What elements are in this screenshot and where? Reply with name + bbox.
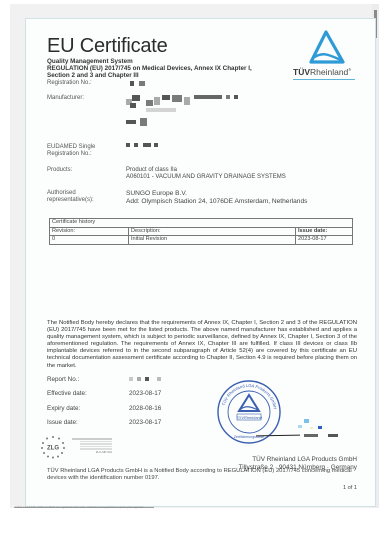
eu-stars-icon: ZLG bbox=[38, 435, 68, 459]
products-value: Product of class IIa A060101 - VACUUM AN… bbox=[126, 167, 286, 181]
declaration-text: The Notified Body hereby declares that t… bbox=[47, 320, 357, 370]
issue-date-value: 2023-08-17 bbox=[129, 419, 161, 426]
official-stamp: TÜVRheinland TÜV Rheinland LGA Products … bbox=[216, 379, 282, 445]
issuer-name: TÜV Rheinland LGA Products GmbH bbox=[239, 456, 357, 464]
col-description: Description: bbox=[129, 227, 296, 236]
eudamed-label: EUDAMED Single Registration No.: bbox=[47, 144, 95, 158]
subtitle-line-3: Section 2 and 3 and Chapter III bbox=[47, 72, 287, 79]
history-caption: Certificate history bbox=[50, 219, 353, 228]
registration-label: Registration No.: bbox=[47, 80, 92, 87]
cell-description: Initial Revision bbox=[129, 236, 296, 245]
certificate-history-table: Certificate history Revision: Descriptio… bbox=[49, 218, 353, 245]
report-value-redacted bbox=[129, 377, 179, 382]
document-subtitle: Quality Management System REGULATION (EU… bbox=[47, 58, 287, 80]
product-code: A060101 - VACUUM AND GRAVITY DRAINAGE SY… bbox=[126, 174, 286, 181]
tuv-triangle-icon bbox=[289, 29, 359, 67]
svg-text:TÜVRheinland: TÜVRheinland bbox=[236, 415, 263, 420]
subtitle-line-1: Quality Management System bbox=[47, 58, 287, 65]
page-indicator: 1 of 1 bbox=[343, 485, 357, 491]
brand-wordmark: TÜVRheinland® bbox=[293, 67, 351, 77]
effective-date-label: Effective date: bbox=[47, 390, 87, 397]
eudamed-value-redacted bbox=[126, 143, 176, 149]
issue-date-label: Issue date: bbox=[47, 419, 78, 426]
report-label: Report No.: bbox=[47, 376, 79, 383]
subtitle-line-2: REGULATION (EU) 2017/745 on Medical Devi… bbox=[47, 65, 287, 72]
svg-text:ZLG: ZLG bbox=[47, 446, 59, 452]
history-header-row: Revision: Description: Issue date: bbox=[50, 227, 353, 236]
authorised-rep-name: SUNGO Europe B.V. bbox=[126, 190, 307, 198]
zlg-accreditation-logo: ZLG ZLG-MP-001 bbox=[38, 435, 128, 459]
expiry-date-value: 2028-08-16 bbox=[129, 405, 161, 412]
brand-underline bbox=[293, 79, 355, 80]
authorised-rep-value: SUNGO Europe B.V. Add: Olympisch Stadion… bbox=[126, 190, 307, 205]
notified-body-note: TÜV Rheinland LGA Products GmbH is a Not… bbox=[47, 468, 357, 482]
document-viewer: EU Certificate Quality Management System… bbox=[10, 4, 379, 508]
manufacturer-value-redacted bbox=[126, 95, 286, 130]
table-row: 0 Initial Revision 2023-08-17 bbox=[50, 236, 353, 245]
products-label: Products: bbox=[47, 167, 72, 174]
certificate-page: EU Certificate Quality Management System… bbox=[25, 18, 376, 507]
registration-value-redacted bbox=[126, 81, 166, 87]
col-issue-date: Issue date: bbox=[296, 227, 353, 236]
authorised-rep-address: Add: Olympisch Stadion 24, 1076DE Amster… bbox=[126, 198, 307, 206]
cell-issue-date: 2023-08-17 bbox=[296, 236, 353, 245]
product-class: Product of class IIa bbox=[126, 167, 286, 174]
expiry-date-label: Expiry date: bbox=[47, 405, 80, 412]
tuv-rheinland-logo: TÜVRheinland® bbox=[289, 29, 359, 81]
col-revision: Revision: bbox=[50, 227, 129, 236]
zlg-description: ZLG-MP-001 bbox=[72, 437, 112, 454]
effective-date-value: 2023-08-17 bbox=[129, 390, 161, 397]
signature-redacted bbox=[298, 417, 348, 439]
document-title: EU Certificate bbox=[47, 35, 168, 58]
cell-revision: 0 bbox=[50, 236, 129, 245]
authorised-rep-label: Authorised representative(s): bbox=[47, 190, 94, 204]
manufacturer-label: Manufacturer: bbox=[47, 95, 84, 102]
trademark-fineprint: 10021 13.0 E TÜV, TUEV and TUV are regis… bbox=[15, 506, 144, 509]
